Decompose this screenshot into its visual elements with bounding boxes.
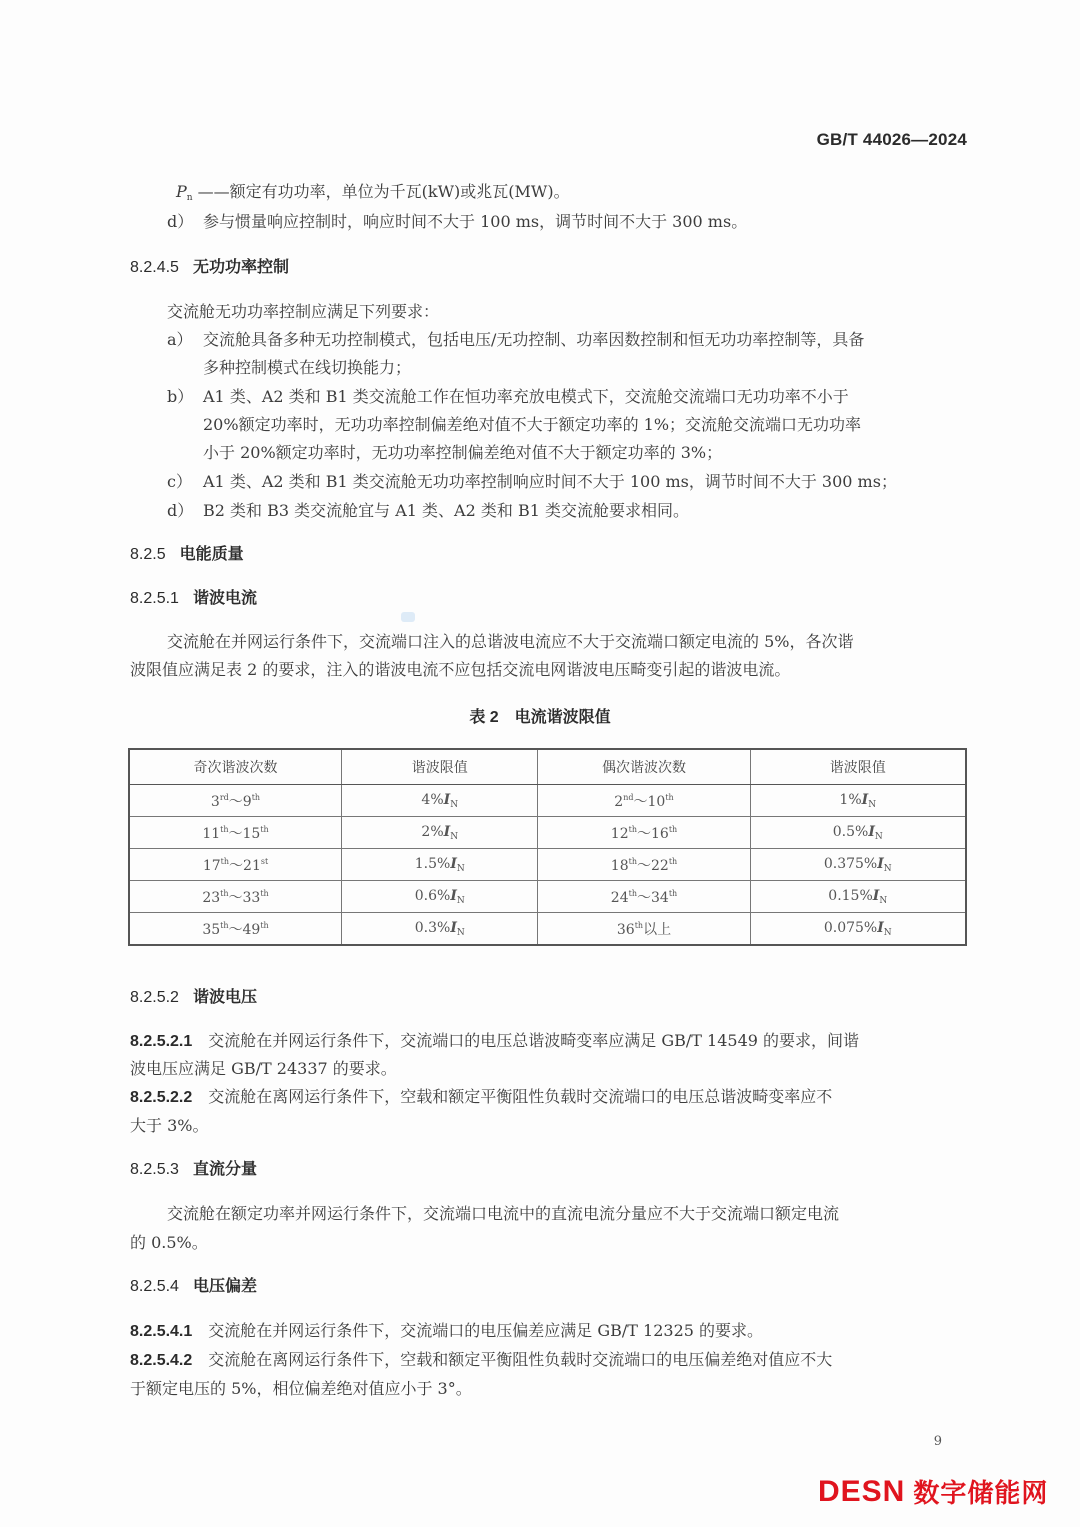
section-heading-8-2-5-4: 8.2.5.4电压偏差 [130,1277,257,1297]
document-page: GB/T 44026—2024 Pn ——额定有功功率，单位为千瓦(kW)或兆瓦… [0,0,1080,1527]
odd-order-cell: 3rd～9th [129,785,342,817]
header-even-limit: 谐波限值 [750,749,966,785]
list-item-b-cont-1: 20%额定功率时，无功功率控制偏差绝对值不大于额定功率的 1%；交流舱交流端口无… [203,415,861,435]
table-row: 3rd～9th 4%IN 2nd～10th 1%IN [129,785,966,817]
odd-order-cell: 11th～15th [129,817,342,849]
table-caption: 表 2电流谐波限值 [0,704,1080,727]
clause-number: 8.2.5.2.2 [130,1089,192,1106]
clause-8-2-5-4-2: 8.2.5.4.2交流舱在离网运行条件下，空载和额定平衡阻性负载时交流端口的电压… [130,1350,832,1371]
header-odd-limit: 谐波限值 [342,749,538,785]
paragraph-dc-component-1: 交流舱在额定功率并网运行条件下，交流端口电流中的直流电流分量应不大于交流端口额定… [167,1204,839,1224]
clause-8-2-5-4-1: 8.2.5.4.1交流舱在并网运行条件下，交流端口的电压偏差应满足 GB/T 1… [130,1321,763,1342]
table-row: 35th～49th 0.3%IN 36th以上 0.075%IN [129,913,966,946]
clause-number: 8.2.5.4.2 [130,1352,192,1369]
list-text: A1 类、A2 类和 B1 类交流舱无功功率控制响应时间不大于 100 ms，调… [203,472,897,491]
section-heading-8-2-4-5: 8.2.4.5无功功率控制 [130,258,289,278]
section-title: 谐波电流 [193,590,257,607]
section-number: 8.2.5.1 [130,590,179,607]
harmonic-current-limits-table: 奇次谐波次数 谐波限值 偶次谐波次数 谐波限值 3rd～9th 4%IN 2nd… [128,748,967,946]
section-heading-8-2-5-2: 8.2.5.2谐波电压 [130,988,257,1008]
odd-order-cell: 23th～33th [129,881,342,913]
clause-8-2-5-2-2-cont: 大于 3%。 [130,1116,208,1136]
table-header-row: 奇次谐波次数 谐波限值 偶次谐波次数 谐波限值 [129,749,966,785]
table-row: 11th～15th 2%IN 12th～16th 0.5%IN [129,817,966,849]
section-title: 电压偏差 [193,1278,257,1295]
list-item-b: b）A1 类、A2 类和 B1 类交流舱工作在恒功率充放电模式下，交流舱交流端口… [167,387,849,407]
paragraph-harmonic-current-1: 交流舱在并网运行条件下，交流端口注入的总谐波电流应不大于交流端口额定电流的 5%… [167,632,853,652]
section-heading-8-2-5-1: 8.2.5.1谐波电流 [130,589,257,609]
pn-definition: Pn ——额定有功功率，单位为千瓦(kW)或兆瓦(MW)。 [176,182,570,208]
section-number: 8.2.5.2 [130,989,179,1006]
list-item-a: a）交流舱具备多种无功控制模式，包括电压/无功控制、功率因数控制和恒无功功率控制… [167,330,864,350]
list-text: 参与惯量响应控制时，响应时间不大于 100 ms，调节时间不大于 300 ms。 [203,212,747,231]
even-order-cell: 2nd～10th [538,785,750,817]
even-limit-cell: 0.5%IN [750,817,966,849]
header-even-order: 偶次谐波次数 [538,749,750,785]
table-row: 17th～21st 1.5%IN 18th～22th 0.375%IN [129,849,966,881]
paragraph-harmonic-current-2: 波限值应满足表 2 的要求，注入的谐波电流不应包括交流电网谐波电压畸变引起的谐波… [130,660,790,680]
clause-text: 交流舱在离网运行条件下，空载和额定平衡阻性负载时交流端口的电压偏差绝对值应不大 [208,1350,832,1369]
odd-limit-cell: 0.6%IN [342,881,538,913]
clause-text: 交流舱在并网运行条件下，交流端口的电压偏差应满足 GB/T 12325 的要求。 [208,1321,763,1340]
even-limit-cell: 1%IN [750,785,966,817]
header-odd-order: 奇次谐波次数 [129,749,342,785]
pn-definition-text: ——额定有功功率，单位为千瓦(kW)或兆瓦(MW)。 [198,182,570,201]
clause-text: 交流舱在并网运行条件下，交流端口的电压总谐波畸变率应满足 GB/T 14549 … [208,1031,859,1050]
odd-limit-cell: 4%IN [342,785,538,817]
odd-order-cell: 35th～49th [129,913,342,946]
section-number: 8.2.5.3 [130,1161,179,1178]
watermark-mark [401,612,415,622]
logo-latin-text: DESN [818,1475,905,1509]
clause-8-2-5-4-2-cont: 于额定电压的 5%，相位偏差绝对值应小于 3°。 [130,1379,472,1399]
clause-8-2-5-2-1: 8.2.5.2.1交流舱在并网运行条件下，交流端口的电压总谐波畸变率应满足 GB… [130,1031,859,1052]
odd-order-cell: 17th～21st [129,849,342,881]
clause-number: 8.2.5.4.1 [130,1323,192,1340]
odd-limit-cell: 1.5%IN [342,849,538,881]
even-order-cell: 36th以上 [538,913,750,946]
clause-8-2-5-2-2: 8.2.5.2.2交流舱在离网运行条件下，空载和额定平衡阻性负载时交流端口的电压… [130,1087,832,1108]
section-heading-8-2-5: 8.2.5电能质量 [130,545,244,565]
section-title: 无功功率控制 [193,259,289,276]
list-label: d） [167,212,203,232]
page-number: 9 [934,1434,942,1449]
paragraph-dc-component-2: 的 0.5%。 [130,1233,208,1253]
section-intro: 交流舱无功功率控制应满足下列要求： [167,302,439,322]
table-number: 表 2 [469,709,498,726]
list-text: 交流舱具备多种无功控制模式，包括电压/无功控制、功率因数控制和恒无功功率控制等，… [203,330,864,349]
list-label: b） [167,387,203,407]
list-label: c） [167,472,203,492]
even-order-cell: 24th～34th [538,881,750,913]
section-number: 8.2.5.4 [130,1278,179,1295]
table-row: 23th～33th 0.6%IN 24th～34th 0.15%IN [129,881,966,913]
section-title: 直流分量 [193,1161,257,1178]
section-heading-8-2-5-3: 8.2.5.3直流分量 [130,1160,257,1180]
logo-chinese-text: 数字储能网 [913,1473,1048,1510]
list-text: A1 类、A2 类和 B1 类交流舱工作在恒功率充放电模式下，交流舱交流端口无功… [203,387,849,406]
table-title: 电流谐波限值 [515,709,611,726]
standard-code: GB/T 44026—2024 [817,130,967,150]
section-number: 8.2.5 [130,546,166,563]
odd-limit-cell: 0.3%IN [342,913,538,946]
clause-8-2-5-2-1-cont: 波电压应满足 GB/T 24337 的要求。 [130,1059,397,1079]
list-item-d-inertia: d）参与惯量响应控制时，响应时间不大于 100 ms，调节时间不大于 300 m… [167,212,747,232]
clause-number: 8.2.5.2.1 [130,1033,192,1050]
section-title: 电能质量 [180,546,244,563]
even-order-cell: 18th～22th [538,849,750,881]
pn-subscript: n [187,193,193,203]
desn-logo: DESN 数字储能网 [818,1473,1048,1510]
section-title: 谐波电压 [193,989,257,1006]
even-limit-cell: 0.075%IN [750,913,966,946]
even-limit-cell: 0.375%IN [750,849,966,881]
list-item-d: d）B2 类和 B3 类交流舱宜与 A1 类、A2 类和 B1 类交流舱要求相同… [167,501,689,521]
list-item-a-cont: 多种控制模式在线切换能力； [203,358,411,378]
list-label: d） [167,501,203,521]
clause-text: 交流舱在离网运行条件下，空载和额定平衡阻性负载时交流端口的电压总谐波畸变率应不 [208,1087,832,1106]
even-limit-cell: 0.15%IN [750,881,966,913]
list-label: a） [167,330,203,350]
pn-symbol: P [176,182,187,201]
odd-limit-cell: 2%IN [342,817,538,849]
even-order-cell: 12th～16th [538,817,750,849]
section-number: 8.2.4.5 [130,259,179,276]
list-item-b-cont-2: 小于 20%额定功率时，无功功率控制偏差绝对值不大于额定功率的 3%； [203,443,722,463]
list-text: B2 类和 B3 类交流舱宜与 A1 类、A2 类和 B1 类交流舱要求相同。 [203,501,689,520]
list-item-c: c）A1 类、A2 类和 B1 类交流舱无功功率控制响应时间不大于 100 ms… [167,472,897,492]
